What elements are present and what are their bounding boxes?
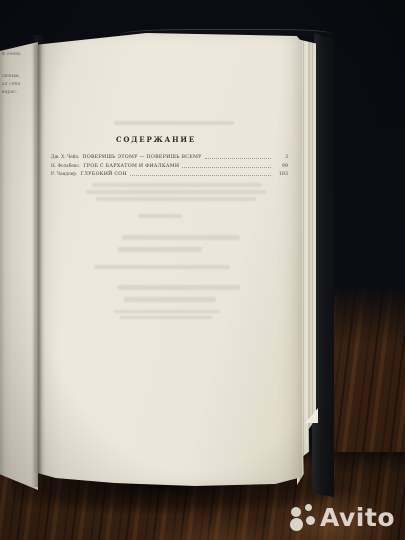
toc-entry: Р. Чандлер. ГЛУБОКИЙ СОН 183 xyxy=(51,170,288,177)
toc-dot-leader xyxy=(182,167,271,168)
book-photo: й очень любым, ал себя верис. СОДЕРЖАНИЕ… xyxy=(0,0,405,540)
toc-entry-title: ГРОБ С БАРХАТОМ И ФИАЛКАМИ xyxy=(83,164,179,169)
page-gutter xyxy=(31,35,45,487)
toc-entry: Н. Фольбекс. ГРОБ С БАРХАТОМ И ФИАЛКАМИ … xyxy=(51,162,288,169)
toc-entry-author: Р. Чандлер. xyxy=(51,172,77,177)
avito-watermark: Avito xyxy=(290,504,395,531)
toc-heading: СОДЕРЖАНИЕ xyxy=(34,135,278,144)
avito-logo-icon xyxy=(290,504,317,531)
toc-entry-page-number: 183 xyxy=(274,172,288,177)
toc-entry-author: Дж. Х. Чейз. xyxy=(51,155,79,160)
left-page-text-fragment: й очень xyxy=(2,52,21,57)
avito-wordmark: Avito xyxy=(320,504,395,531)
contents-page: СОДЕРЖАНИЕ Дж. Х. Чейз. ПОВЕРИШЬ ЭТОМУ —… xyxy=(34,33,302,487)
toc-entry: Дж. Х. Чейз. ПОВЕРИШЬ ЭТОМУ — ПОВЕРИШЬ В… xyxy=(51,153,288,160)
left-page-text-fragment: верис. xyxy=(2,90,18,95)
toc-dot-leader xyxy=(205,158,271,159)
left-page-text-fragment: ал себя xyxy=(2,82,20,87)
toc-entry-author: Н. Фольбекс. xyxy=(51,164,80,169)
toc-entry-page-number: 99 xyxy=(274,164,288,169)
toc-entry-page-number: 3 xyxy=(274,155,288,160)
toc-entry-title: ПОВЕРИШЬ ЭТОМУ — ПОВЕРИШЬ ВСЕМУ xyxy=(82,155,201,160)
left-page-text-fragment: любым, xyxy=(2,74,20,79)
toc-entry-title: ГЛУБОКИЙ СОН xyxy=(80,172,127,177)
toc-dot-leader xyxy=(130,175,271,176)
